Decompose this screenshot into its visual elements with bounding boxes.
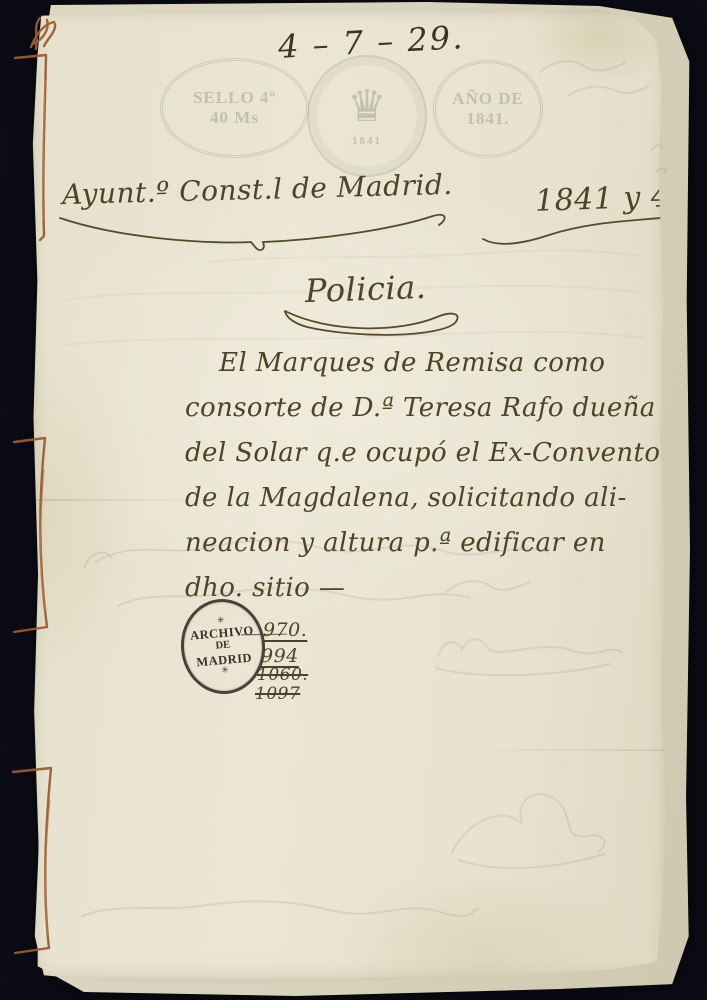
sello-text: SELLO 4º (193, 88, 276, 108)
paper-crease (27, 499, 217, 501)
document-scan: SELLO 4º 40 Ms ♛ 1841 AÑO DE 1841. 4 – 7… (0, 0, 707, 1000)
body-line: del Solar q.e ocupó el Ex-Convento (185, 438, 665, 483)
revenue-stamp-sello: SELLO 4º 40 Ms (160, 58, 309, 158)
anio-value: 1841. (466, 109, 509, 129)
registry-number: 970. (263, 619, 307, 641)
body-line: consorte de D.ª Teresa Rafo dueña (185, 393, 665, 438)
body-line: dho. sitio — (185, 573, 665, 618)
revenue-stamp-year: AÑO DE 1841. (433, 60, 543, 158)
body-line: de la Magdalena, solicitando ali- (185, 483, 665, 528)
institution-title: Ayunt.º Const.l de Madrid. (62, 168, 453, 211)
body-line: neacion y altura p.ª edificar en (185, 528, 665, 573)
section-title: Policia. (304, 268, 427, 310)
institution-underline-flourish (55, 210, 455, 254)
registry-number: 994 (261, 645, 299, 667)
royal-seal-stamp: ♛ 1841 (307, 55, 427, 177)
stamp-star-icon: ✳ (221, 667, 229, 677)
manuscript-page: SELLO 4º 40 Ms ♛ 1841 AÑO DE 1841. 4 – 7… (27, 7, 677, 985)
body-line: El Marques de Remisa como (185, 348, 665, 393)
crown-coat-of-arms-icon: ♛ (347, 85, 386, 129)
paper-crease (447, 749, 677, 751)
seal-year: 1841 (352, 135, 382, 147)
registry-number-crossed-out: 1097 (255, 684, 300, 704)
archival-number: 4 – 7 – 29. (277, 18, 465, 66)
registry-number-crossed-out: 1060. (257, 665, 308, 685)
sello-value: 40 Ms (210, 108, 259, 128)
anio-text: AÑO DE (452, 89, 524, 109)
petition-summary: El Marques de Remisa como consorte de D.… (185, 348, 665, 618)
